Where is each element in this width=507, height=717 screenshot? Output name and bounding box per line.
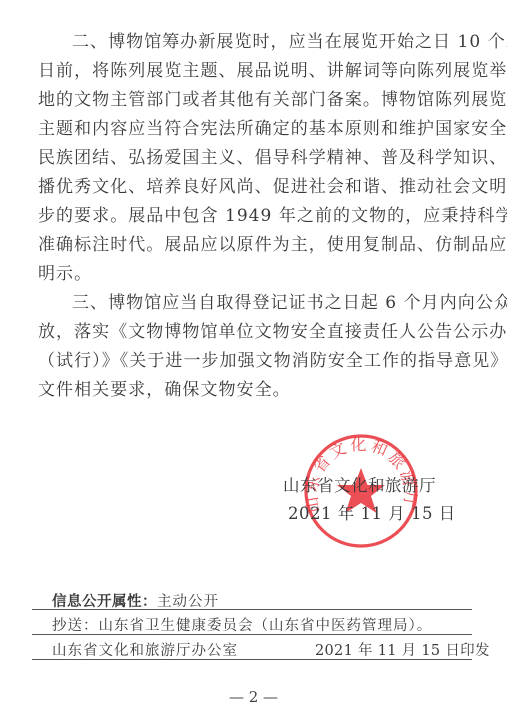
signing-date: 2021 年 11 月 15 日: [288, 500, 456, 524]
text-line: 步的要求。展品中包含 1949 年之前的文物的，应秉持科学态度，: [38, 206, 474, 226]
cc-value: 山东省卫生健康委员会（山东省中医药管理局）。: [99, 618, 433, 634]
issuer: 山东省文化和旅游厅办公室: [52, 639, 238, 660]
cc-label: 抄送：: [52, 618, 99, 634]
text-line: 播优秀文化、培养良好风尚、促进社会和谐、推动社会文明进: [38, 177, 474, 197]
divider: [32, 634, 472, 635]
text-line: 准确标注时代。展品应以原件为主，使用复制品、仿制品应当: [38, 235, 474, 255]
signing-organization: 山东省文化和旅游厅: [283, 472, 436, 496]
page-number: — 2 —: [0, 688, 507, 706]
cc-line: 抄送：山东省卫生健康委员会（山东省中医药管理局）。: [52, 614, 432, 635]
text-line: 地的文物主管部门或者其他有关部门备案。博物馆陈列展览的: [38, 90, 474, 110]
text-line: 明示。: [38, 264, 474, 284]
text-line: 文件相关要求，确保文物安全。: [38, 380, 474, 400]
disclosure-attribute: 信息公开属性：主动公开: [52, 590, 219, 611]
text-line: 三、博物馆应当自取得登记证书之日起 6 个月内向公众开: [72, 293, 474, 313]
issue-date: 2021 年 11 月 15 日印发: [315, 639, 490, 660]
disclosure-label: 信息公开属性：: [52, 594, 157, 610]
text-line: 民族团结、弘扬爱国主义、倡导科学精神、普及科学知识、传: [38, 148, 474, 168]
text-line: 主题和内容应当符合宪法所确定的基本原则和维护国家安全与: [38, 119, 474, 139]
divider: [32, 609, 472, 610]
disclosure-value: 主动公开: [157, 594, 219, 610]
divider: [32, 659, 472, 660]
text-line: 日前，将陈列展览主题、展品说明、讲解词等向陈列展览举办: [38, 61, 474, 81]
text-line: 二、博物馆筹办新展览时，应当在展览开始之日 10 个工作: [72, 32, 474, 52]
text-line: （试行）》《关于进一步加强文物消防安全工作的指导意见》等: [38, 351, 474, 371]
text-line: 放，落实《文物博物馆单位文物安全直接责任人公告公示办法: [38, 322, 474, 342]
